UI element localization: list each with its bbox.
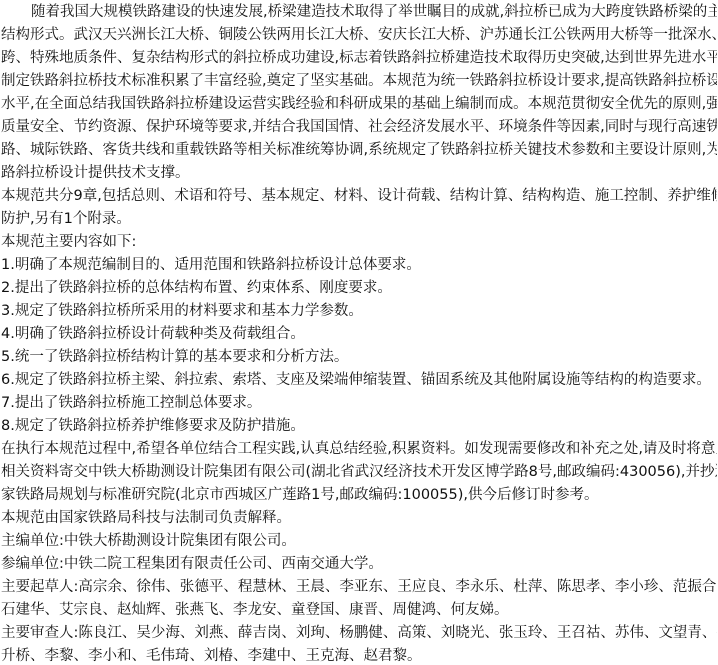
text-line: 制定铁路斜拉桥技术标准积累了丰富经验,奠定了坚实基础。本规范为统一铁路斜拉桥设计…: [1, 70, 717, 93]
text-line: 本规范共分9章,包括总则、术语和符号、基本规定、材料、设计荷载、结构计算、结构构…: [1, 185, 717, 208]
list-item: 7.提出了铁路斜拉桥施工控制总体要求。: [1, 392, 717, 415]
contents-list: 1.明确了本规范编制目的、适用范围和铁路斜拉桥设计总体要求。 2.提出了铁路斜拉…: [1, 254, 717, 438]
text-line: 结构形式。武汉天兴洲长江大桥、铜陵公铁两用长江大桥、安庆长江大桥、沪苏通长江公铁…: [1, 24, 717, 47]
list-item: 8.规定了铁路斜拉桥养护维修要求及防护措施。: [1, 415, 717, 438]
list-item: 5.统一了铁路斜拉桥结构计算的基本要求和分析方法。: [1, 346, 717, 369]
text-line: 水平,在全面总结我国铁路斜拉桥建设运营实践经验和科研成果的基础上编制而成。本规范…: [1, 93, 717, 116]
list-item: 4.明确了铁路斜拉桥设计荷载种类及荷载组合。: [1, 323, 717, 346]
participating-units: 参编单位:中铁二院工程集团有限责任公司、西南交通大学。: [1, 553, 717, 576]
text-line: 家铁路局规划与标准研究院(北京市西城区广莲路1号,邮政编码:100055),供今…: [1, 484, 717, 507]
text-line: 在执行本规范过程中,希望各单位结合工程实践,认真总结经验,积累资料。如发现需要修…: [1, 438, 717, 461]
text-line: 质量安全、节约资源、保护环境等要求,并结合我国国情、社会经济发展水平、环境条件等…: [1, 116, 717, 139]
intro-paragraph: 随着我国大规模铁路建设的快速发展,桥梁建造技术取得了举世瞩目的成就,斜拉桥已成为…: [1, 1, 717, 185]
list-item: 1.明确了本规范编制目的、适用范围和铁路斜拉桥设计总体要求。: [1, 254, 717, 277]
text-line: 随着我国大规模铁路建设的快速发展,桥梁建造技术取得了举世瞩目的成就,斜拉桥已成为…: [1, 1, 717, 24]
list-item: 3.规定了铁路斜拉桥所采用的材料要求和基本力学参数。: [1, 300, 717, 323]
text-line: 主要起草人:高宗余、徐伟、张德平、程慧林、王晨、李亚东、王应良、李永乐、杜萍、陈…: [1, 576, 717, 599]
text-line: 防护,另有1个附录。: [1, 208, 717, 231]
document-body: 随着我国大规模铁路建设的快速发展,桥梁建造技术取得了举世瞩目的成就,斜拉桥已成为…: [0, 0, 718, 665]
chief-editor-unit: 主编单位:中铁大桥勘测设计院集团有限公司。: [1, 530, 717, 553]
feedback-paragraph: 在执行本规范过程中,希望各单位结合工程实践,认真总结经验,积累资料。如发现需要修…: [1, 438, 717, 507]
text-line: 路斜拉桥设计提供技术支撑。: [1, 162, 717, 185]
text-line: 升桥、李黎、李小和、毛伟琦、刘椿、李建中、王克海、赵君黎。: [1, 645, 717, 665]
text-line: 相关资料寄交中铁大桥勘测设计院集团有限公司(湖北省武汉经济技术开发区博学路8号,…: [1, 461, 717, 484]
text-line: 主要审查人:陈良江、吴少海、刘燕、薛吉岗、刘珣、杨鹏健、高策、刘晓光、张玉玲、王…: [1, 622, 717, 645]
list-item: 2.提出了铁路斜拉桥的总体结构布置、约束体系、刚度要求。: [1, 277, 717, 300]
drafters-list: 主要起草人:高宗余、徐伟、张德平、程慧林、王晨、李亚东、王应良、李永乐、杜萍、陈…: [1, 576, 717, 622]
interpretation-statement: 本规范由国家铁路局科技与法制司负责解释。: [1, 507, 717, 530]
reviewers-list: 主要审查人:陈良江、吴少海、刘燕、薛吉岗、刘珣、杨鹏健、高策、刘晓光、张玉玲、王…: [1, 622, 717, 665]
text-line: 跨、特殊地质条件、复杂结构形式的斜拉桥成功建设,标志着铁路斜拉桥建造技术取得历史…: [1, 47, 717, 70]
text-line: 石建华、艾宗良、赵灿辉、张燕飞、李龙安、童登国、康晋、周健鸿、何友娣。: [1, 599, 717, 622]
contents-heading: 本规范主要内容如下:: [1, 231, 717, 254]
chapters-paragraph: 本规范共分9章,包括总则、术语和符号、基本规定、材料、设计荷载、结构计算、结构构…: [1, 185, 717, 231]
text-line: 路、城际铁路、客货共线和重载铁路等相关标准统筹协调,系统规定了铁路斜拉桥关键技术…: [1, 139, 717, 162]
list-item: 6.规定了铁路斜拉桥主梁、斜拉索、索塔、支座及梁端伸缩装置、锚固系统及其他附属设…: [1, 369, 717, 392]
